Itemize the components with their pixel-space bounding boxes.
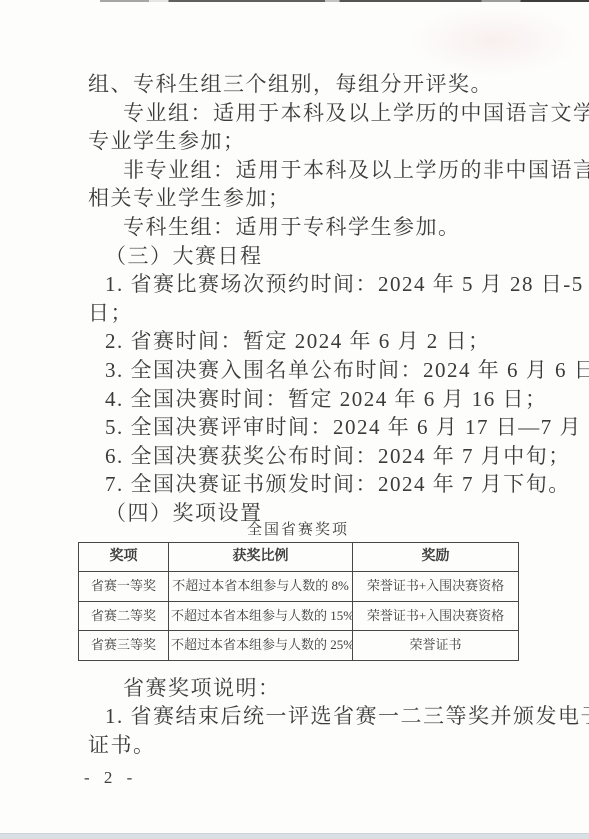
section-heading-3: （三）大赛日程 bbox=[88, 242, 568, 271]
schedule-item-6: 6. 全国决赛获奖公布时间：2024 年 7 月中旬； bbox=[88, 442, 568, 471]
cell-reward: 荣誉证书+入围决赛资格 bbox=[353, 601, 519, 631]
body-line: 组、专科生组三个组别，每组分开评奖。 bbox=[88, 70, 568, 99]
scan-smudge-artifact bbox=[409, 6, 579, 76]
document-body: 组、专科生组三个组别，每组分开评奖。 专业组：适用于本科及以上学历的中国语言文学… bbox=[88, 70, 568, 760]
cell-ratio: 不超过本省本组参与人数的 25% bbox=[169, 631, 353, 661]
schedule-item-5: 5. 全国决赛评审时间：2024 年 6 月 17 日—7 月 10 日； bbox=[88, 413, 568, 442]
schedule-item-1: 1. 省赛比赛场次预约时间：2024 年 5 月 28 日-5 月 31 bbox=[88, 270, 568, 299]
column-header-reward: 奖励 bbox=[353, 542, 519, 572]
schedule-item-7: 7. 全国决赛证书颁发时间：2024 年 7 月下旬。 bbox=[88, 470, 568, 499]
schedule-item-3: 3. 全国决赛入围名单公布时间：2024 年 6 月 6 日； bbox=[88, 356, 568, 385]
body-line: 专科生组：适用于专科学生参加。 bbox=[88, 213, 568, 242]
cell-reward: 荣誉证书+入围决赛资格 bbox=[353, 572, 519, 602]
schedule-item-4: 4. 全国决赛时间：暂定 2024 年 6 月 16 日； bbox=[88, 385, 568, 414]
notes-heading: 省赛奖项说明： bbox=[88, 674, 568, 703]
awards-table: 奖项 获奖比例 奖励 省赛一等奖 不超过本省本组参与人数的 8% 荣誉证书+入围… bbox=[78, 542, 519, 661]
body-line: 专业组：适用于本科及以上学历的中国语言文学类相关 bbox=[88, 99, 568, 128]
schedule-item-2: 2. 省赛时间：暂定 2024 年 6 月 2 日； bbox=[88, 327, 568, 356]
note-item-1: 1. 省赛结束后统一评选省赛一二三等奖并颁发电子版 bbox=[88, 702, 568, 731]
cell-ratio: 不超过本省本组参与人数的 15% bbox=[169, 601, 353, 631]
body-line: 相关专业学生参加； bbox=[88, 184, 568, 213]
scan-edge-artifact-bottom bbox=[0, 833, 589, 839]
cell-award: 省赛一等奖 bbox=[79, 572, 169, 602]
table-row: 省赛一等奖 不超过本省本组参与人数的 8% 荣誉证书+入围决赛资格 bbox=[79, 572, 519, 602]
page-number: - 2 - bbox=[84, 768, 137, 788]
table-row: 省赛二等奖 不超过本省本组参与人数的 15% 荣誉证书+入围决赛资格 bbox=[79, 601, 519, 631]
cell-award: 省赛三等奖 bbox=[79, 631, 169, 661]
scanned-document-page: 组、专科生组三个组别，每组分开评奖。 专业组：适用于本科及以上学历的中国语言文学… bbox=[0, 0, 589, 839]
cell-award: 省赛二等奖 bbox=[79, 601, 169, 631]
cell-ratio: 不超过本省本组参与人数的 8% bbox=[169, 572, 353, 602]
scan-edge-artifact-top bbox=[100, 0, 589, 2]
schedule-item-1-wrap: 日； bbox=[88, 299, 568, 328]
body-line: 专业学生参加； bbox=[88, 127, 568, 156]
note-item-1-wrap: 证书。 bbox=[88, 731, 568, 760]
cell-reward: 荣誉证书 bbox=[353, 631, 519, 661]
column-header-ratio: 获奖比例 bbox=[169, 542, 353, 572]
column-header-award: 奖项 bbox=[79, 542, 169, 572]
awards-table-header-row: 奖项 获奖比例 奖励 bbox=[79, 542, 519, 572]
table-row: 省赛三等奖 不超过本省本组参与人数的 25% 荣誉证书 bbox=[79, 631, 519, 661]
body-line: 非专业组：适用于本科及以上学历的非中国语言文学类 bbox=[88, 156, 568, 185]
